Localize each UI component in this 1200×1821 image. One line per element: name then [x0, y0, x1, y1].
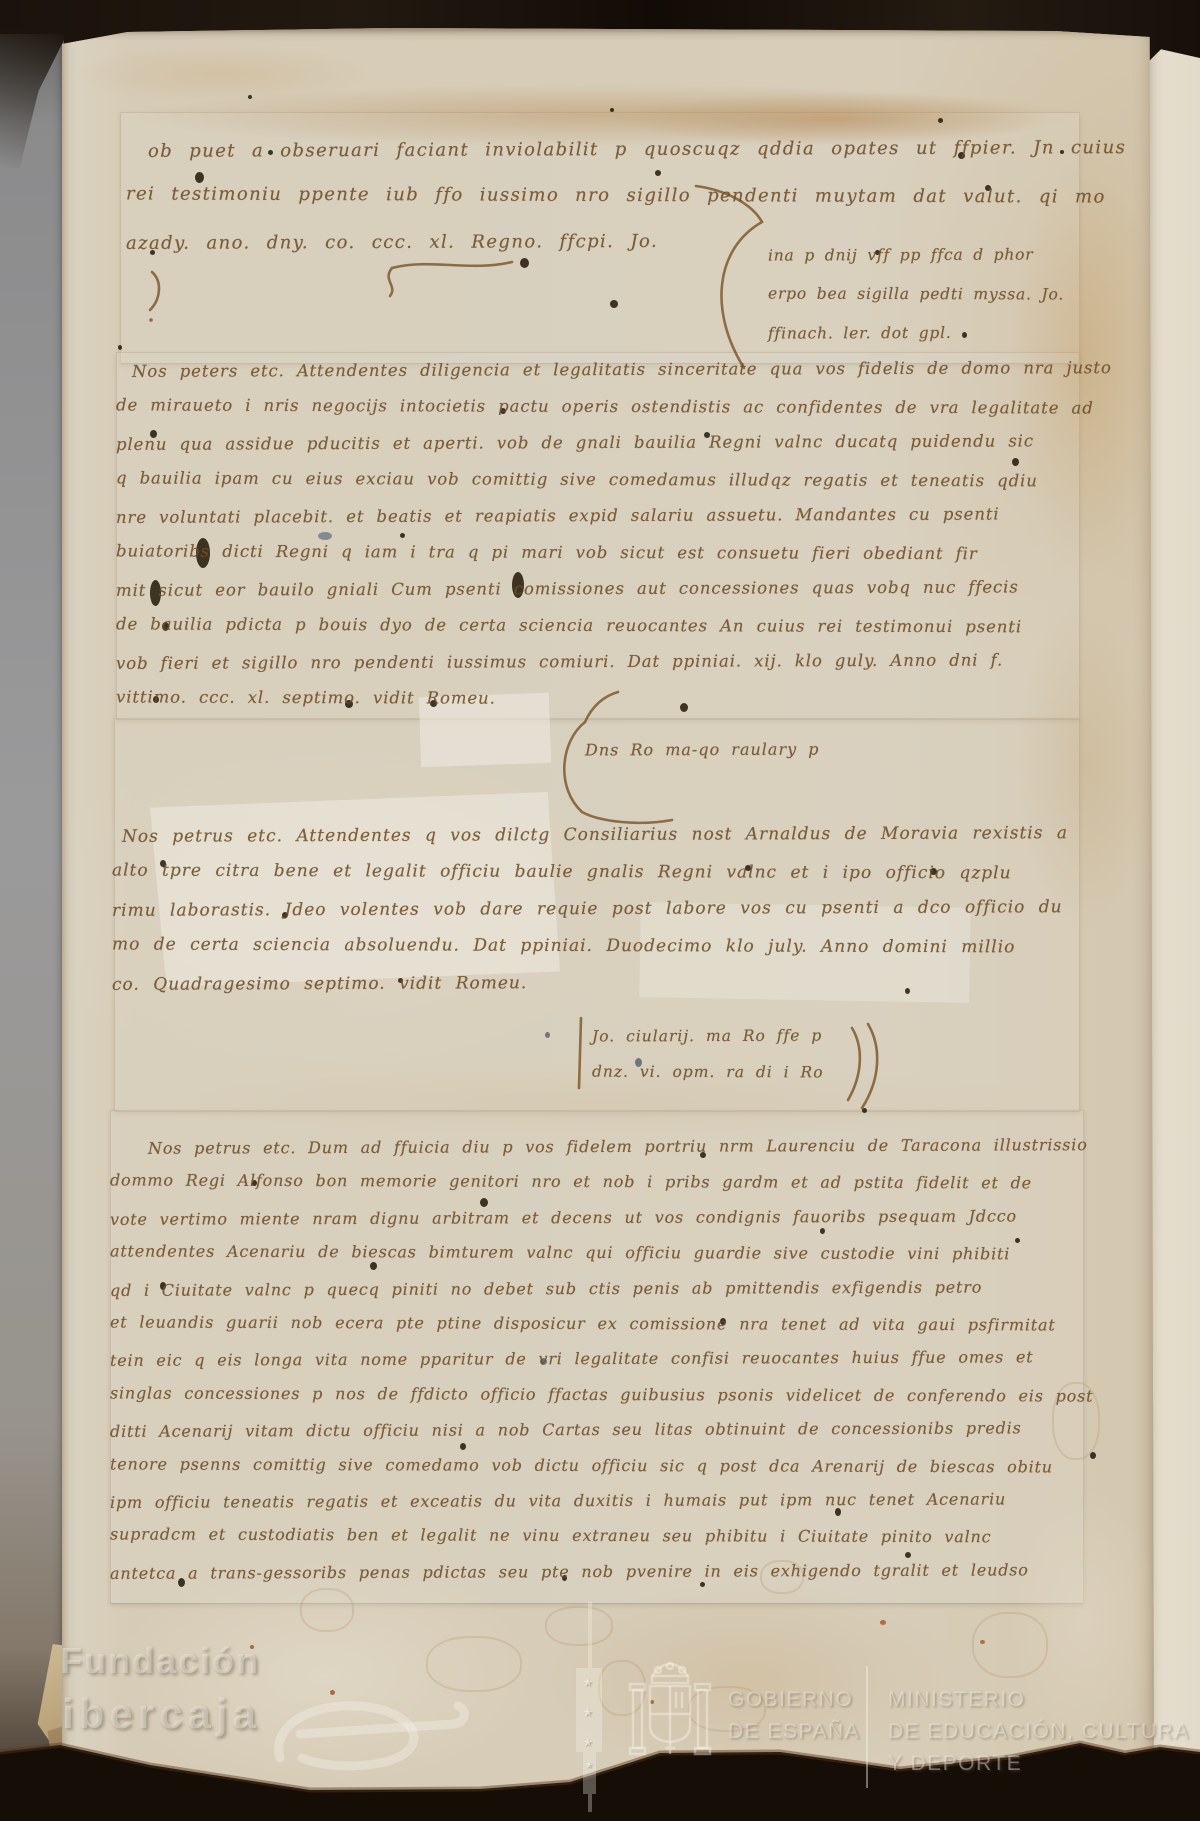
eu-flag-bar [583, 1752, 596, 1794]
spain-coat-of-arms-icon [620, 1648, 720, 1778]
eu-flag-bar [588, 1794, 592, 1812]
eu-star-icon: ★ [583, 1676, 593, 1689]
watermark-divider [866, 1666, 868, 1788]
ministerio-watermark-line1: MINISTERIO [888, 1688, 1026, 1712]
ibercaja-watermark-line2: ibercaja [62, 1690, 261, 1738]
ibercaja-watermark-line1: Fundación [60, 1640, 260, 1682]
ministerio-watermark-line2: DE EDUCACIÓN, CULTURA [888, 1720, 1190, 1744]
eu-star-icon: ★ [583, 1706, 593, 1719]
eu-star-icon: ★ [583, 1736, 593, 1749]
gobierno-watermark-line1: GOBIERNO [728, 1688, 853, 1712]
ibercaja-logo-icon [258, 1694, 478, 1784]
background-below-page [0, 0, 1200, 1821]
ministerio-watermark-line3: Y DEPORTE [888, 1752, 1022, 1776]
eu-flag-bar [588, 1602, 592, 1668]
eu-star-icon: ★ [585, 1760, 593, 1771]
gobierno-watermark-line2: DE ESPAÑA [728, 1720, 860, 1744]
photo-stage: ob puet a obseruari faciant inviolabilit… [0, 0, 1200, 1821]
